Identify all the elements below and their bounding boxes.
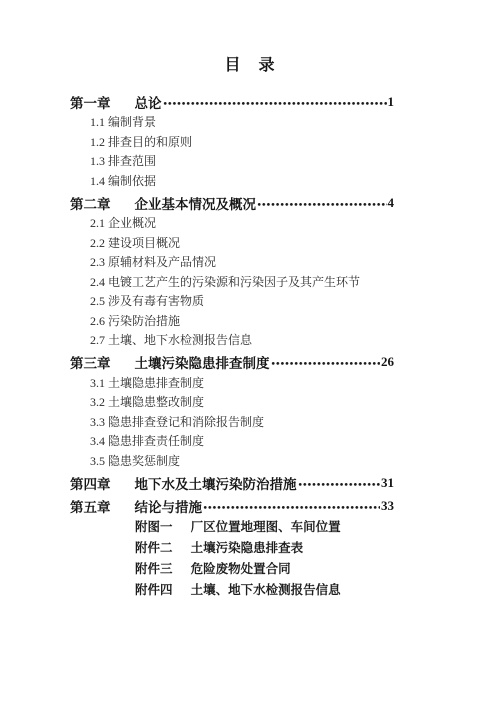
appendix-row: 附件三 危险废物处置合同 bbox=[70, 559, 394, 580]
chapter-row-5: 第五章 结论与措施 33 bbox=[70, 494, 394, 517]
toc-sub-item: 3.2 土壤隐患整改制度 bbox=[70, 393, 394, 413]
appendix-label: 附件三 bbox=[135, 562, 173, 576]
chapter-title: 土壤污染隐患排查制度 bbox=[135, 352, 270, 372]
toc-sub-item: 1.4 编制依据 bbox=[70, 172, 394, 192]
chapter-label: 第三章 bbox=[70, 352, 111, 372]
chapter-title: 结论与措施 bbox=[135, 496, 203, 516]
chapter-page-number: 31 bbox=[381, 475, 394, 491]
chapter-label: 第五章 bbox=[70, 496, 111, 516]
chapter-page-number: 26 bbox=[381, 354, 394, 370]
toc-sub-item: 3.3 隐患排查登记和消除报告制度 bbox=[70, 413, 394, 433]
chapter-title: 总论 bbox=[135, 92, 162, 112]
toc-sub-item: 1.1 编制背景 bbox=[70, 113, 394, 133]
toc-sub-item: 1.3 排查范围 bbox=[70, 152, 394, 172]
toc-sub-item: 2.5 涉及有毒有害物质 bbox=[70, 292, 394, 312]
chapter-label: 第四章 bbox=[70, 473, 111, 493]
toc-sub-item: 2.4 电镀工艺产生的污染源和污染因子及其产生环节 bbox=[70, 273, 394, 293]
document-page: 目 录 第一章 总论 1 1.1 编制背景 1.2 排查目的和原则 1.3 排查… bbox=[0, 0, 500, 708]
dot-leader bbox=[163, 101, 387, 106]
chapter-row-1: 第一章 总论 1 bbox=[70, 90, 394, 113]
toc-page-title: 目 录 bbox=[0, 55, 500, 77]
chapter-row-2: 第二章 企业基本情况及概况 4 bbox=[70, 191, 394, 214]
chapter-title: 企业基本情况及概况 bbox=[135, 193, 257, 213]
chapter-page-number: 33 bbox=[381, 498, 394, 514]
toc-sub-item: 1.2 排查目的和原则 bbox=[70, 133, 394, 153]
appendix-title: 土壤污染隐患排查表 bbox=[191, 541, 304, 555]
appendix-title: 土壤、地下水检测报告信息 bbox=[191, 583, 341, 597]
appendix-row: 附图一 厂区位置地理图、车间位置 bbox=[70, 517, 394, 538]
chapter-row-3: 第三章 土壤污染隐患排查制度 26 bbox=[70, 351, 394, 374]
appendix-title: 危险废物处置合同 bbox=[191, 562, 291, 576]
chapter-page-number: 1 bbox=[388, 94, 395, 110]
table-of-contents: 第一章 总论 1 1.1 编制背景 1.2 排查目的和原则 1.3 排查范围 1… bbox=[70, 90, 394, 601]
dot-leader bbox=[271, 361, 381, 366]
appendix-label: 附图一 bbox=[135, 520, 173, 534]
appendix-title: 厂区位置地理图、车间位置 bbox=[191, 520, 341, 534]
toc-sub-item: 3.4 隐患排查责任制度 bbox=[70, 432, 394, 452]
toc-sub-item: 3.1 土壤隐患排查制度 bbox=[70, 374, 394, 394]
toc-sub-item: 3.5 隐患奖惩制度 bbox=[70, 452, 394, 472]
dot-leader bbox=[203, 505, 380, 510]
toc-sub-item: 2.6 污染防治措施 bbox=[70, 312, 394, 332]
appendix-row: 附件二 土壤污染隐患排查表 bbox=[70, 538, 394, 559]
chapter-label: 第一章 bbox=[70, 92, 111, 112]
toc-sub-item: 2.7 土壤、地下水检测报告信息 bbox=[70, 331, 394, 351]
dot-leader bbox=[298, 482, 381, 487]
appendix-label: 附件二 bbox=[135, 541, 173, 555]
appendix-label: 附件四 bbox=[135, 583, 173, 597]
toc-sub-item: 2.1 企业概况 bbox=[70, 214, 394, 234]
toc-sub-item: 2.2 建设项目概况 bbox=[70, 234, 394, 254]
chapter-page-number: 4 bbox=[388, 195, 395, 211]
appendix-row: 附件四 土壤、地下水检测报告信息 bbox=[70, 580, 394, 601]
chapter-row-4: 第四章 地下水及土壤污染防治措施 31 bbox=[70, 471, 394, 494]
toc-sub-item: 2.3 原辅材料及产品情况 bbox=[70, 253, 394, 273]
dot-leader bbox=[257, 202, 387, 207]
chapter-title: 地下水及土壤污染防治措施 bbox=[135, 473, 297, 493]
chapter-label: 第二章 bbox=[70, 193, 111, 213]
